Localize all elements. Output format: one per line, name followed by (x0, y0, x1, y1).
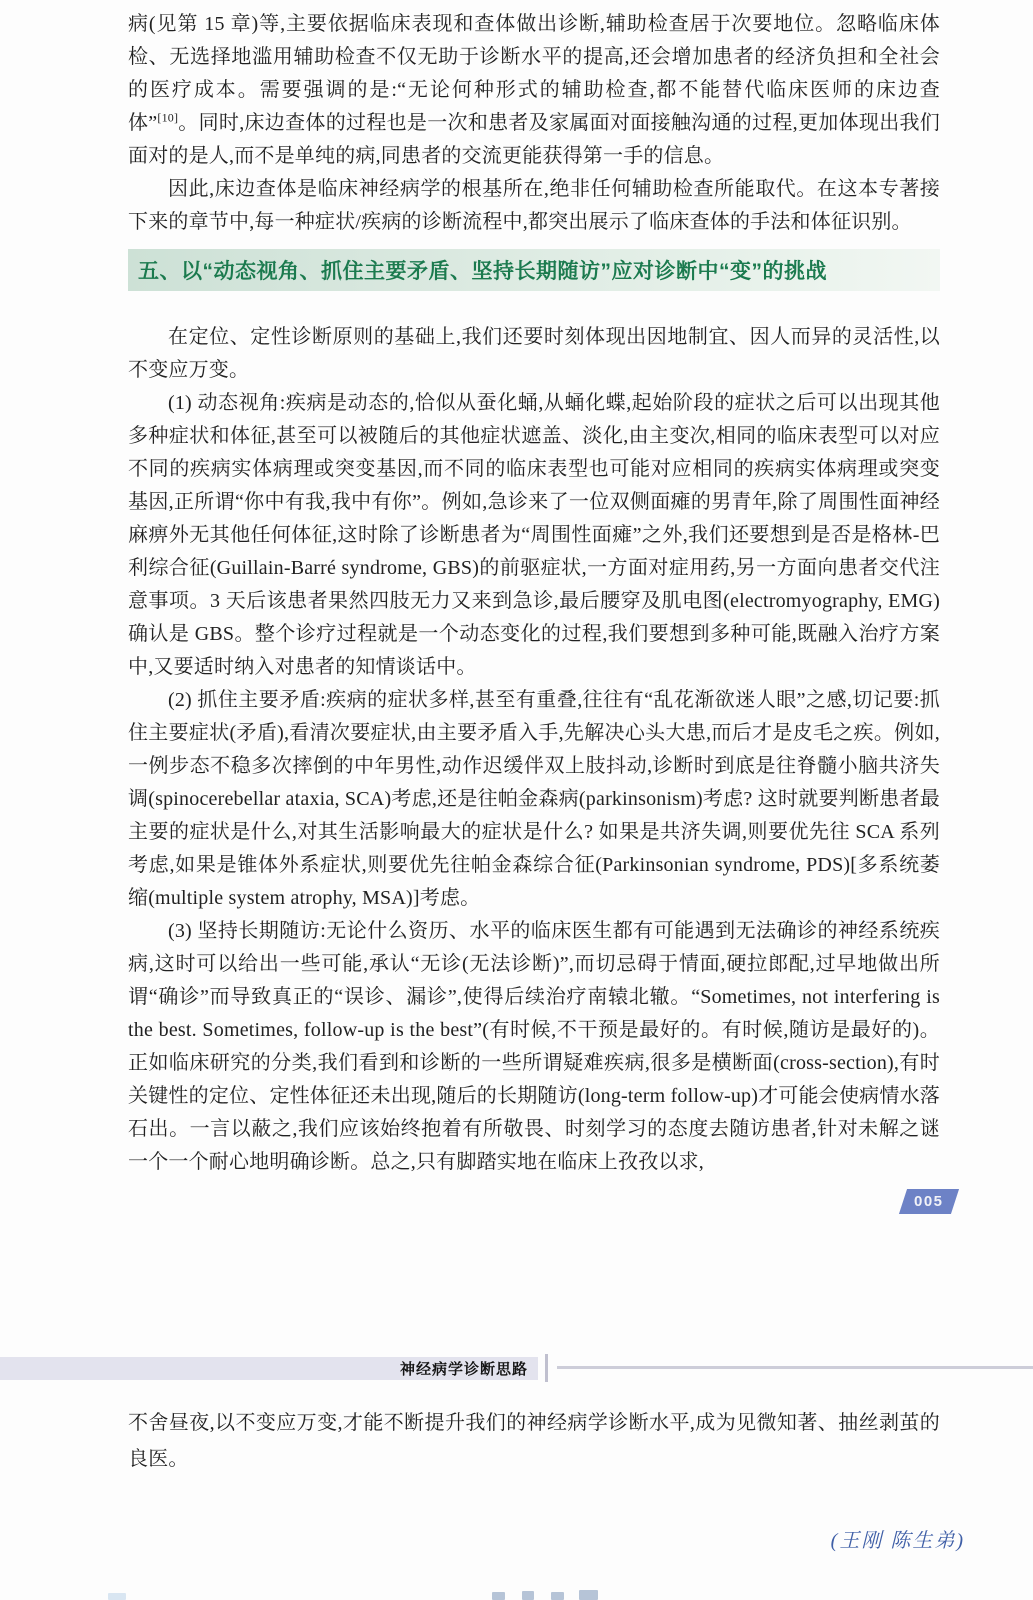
section-heading-five: 五、以“动态视角、抓住主要矛盾、坚持长期随访”应对诊断中“变”的挑战 (138, 255, 827, 285)
next-page-text-column: 不舍昼夜,以不变应万变,才能不断提升我们的神经病学诊断水平,成为见微知著、抽丝剥… (128, 1405, 940, 1477)
paragraph-1-dynamic-perspective: (1) 动态视角:疾病是动态的,恰似从蚕化蛹,从蛹化蝶,起始阶段的症状之后可以出… (128, 387, 940, 684)
book-page: 病(见第 15 章)等,主要依据临床表现和查体做出诊断,辅助检查居于次要地位。忽… (0, 0, 1033, 1600)
paragraph-bedside-exam-conclusion: 因此,床边查体是临床神经病学的根基所在,绝非任何辅助检查所能取代。在这本专著接下… (128, 173, 940, 239)
running-footer-band: 神经病学诊断思路 (0, 1357, 538, 1380)
page-bottom-cutoff-text (551, 1592, 564, 1600)
main-text-column: 病(见第 15 章)等,主要依据临床表现和查体做出诊断,辅助检查居于次要地位。忽… (128, 8, 940, 1179)
book-title-running-footer: 神经病学诊断思路 (400, 1358, 528, 1379)
footer-horizontal-rule (557, 1366, 1033, 1369)
page-bottom-cutoff-text (492, 1592, 505, 1600)
page-bottom-cutoff-text (579, 1590, 598, 1600)
citation-reference-10: [10] (157, 110, 178, 124)
paragraph-3-long-term-followup: (3) 坚持长期随访:无论什么资历、水平的临床医生都有可能遇到无法确诊的神经系统… (128, 915, 940, 1179)
page-bottom-cutoff-fragment (108, 1593, 126, 1600)
paragraph-flexibility-principle: 在定位、定性诊断原则的基础上,我们还要时刻体现出因地制宜、因人而异的灵活性,以不… (128, 321, 940, 387)
page-number: 005 (914, 1193, 944, 1210)
page-bottom-cutoff-text (522, 1591, 534, 1600)
paragraph-continued-from-previous-page: 病(见第 15 章)等,主要依据临床表现和查体做出诊断,辅助检查居于次要地位。忽… (128, 8, 940, 173)
paragraph-text: 。同时,床边查体的过程也是一次和患者及家属面对面接触沟通的过程,更加体现出我们面… (128, 112, 940, 167)
paragraph-continuation-good-doctor: 不舍昼夜,以不变应万变,才能不断提升我们的神经病学诊断水平,成为见微知著、抽丝剥… (128, 1405, 940, 1477)
section-heading-band: 五、以“动态视角、抓住主要矛盾、坚持长期随访”应对诊断中“变”的挑战 (128, 249, 940, 291)
footer-divider-bar (545, 1354, 548, 1382)
paragraph-2-main-contradiction: (2) 抓住主要矛盾:疾病的症状多样,甚至有重叠,往往有“乱花渐欲迷人眼”之感,… (128, 684, 940, 915)
author-signature: (王刚 陈生弟) (831, 1524, 965, 1553)
spacer (128, 291, 940, 321)
page-number-badge: 005 (899, 1189, 959, 1214)
